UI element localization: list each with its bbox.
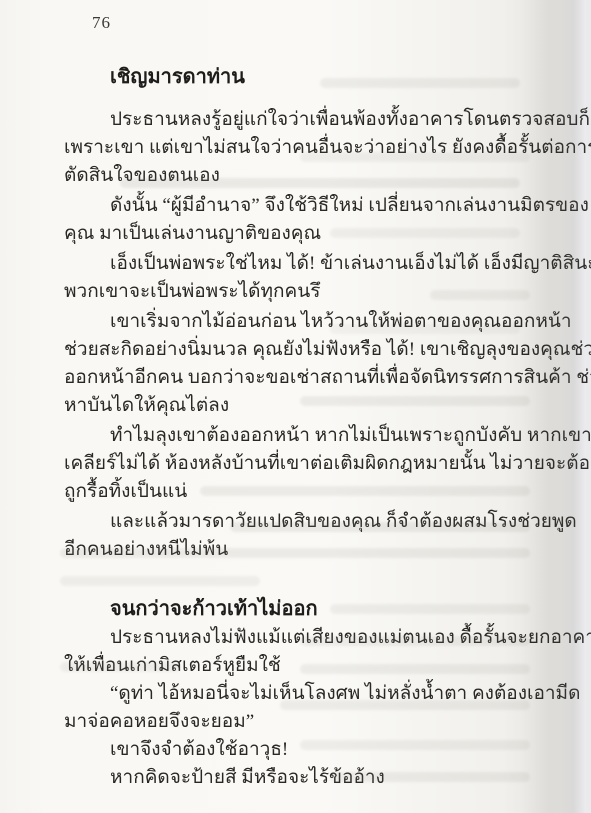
text-line: เขาจึงจำต้องใช้อาวุธ!	[64, 736, 536, 764]
text-line: ช่วยสะกิดอย่างนิ่มนวล คุณยังไม่ฟังหรือ ไ…	[64, 336, 536, 364]
text-line: เขาเริ่มจากไม้อ่อนก่อน ไหว้วานให้พ่อตาขอ…	[64, 308, 536, 336]
text-line: เคลียร์ไม่ได้ ห้องหลังบ้านที่เขาต่อเติมผ…	[64, 450, 536, 478]
paragraph: หากคิดจะป้ายสี มีหรือจะไร้ข้ออ้าง	[64, 764, 536, 792]
text-line: พวกเขาจะเป็นพ่อพระได้ทุกคนรึ	[64, 278, 536, 306]
text-line: ให้เพื่อนเก่ามิสเตอร์หูยืมใช้	[64, 652, 536, 680]
paragraph: ทำไมลุงเขาต้องออกหน้า หากไม่เป็นเพราะถูก…	[64, 422, 536, 506]
paragraph: เขาเริ่มจากไม้อ่อนก่อน ไหว้วานให้พ่อตาขอ…	[64, 308, 536, 420]
text-line: ทำไมลุงเขาต้องออกหน้า หากไม่เป็นเพราะถูก…	[64, 422, 536, 450]
page-number: 76	[92, 13, 111, 33]
text-line: ดังนั้น “ผู้มีอำนาจ” จึงใช้วิธีใหม่ เปลี…	[64, 192, 536, 220]
text-line: ประธานหลงไม่ฟังแม้แต่เสียงของแม่ตนเอง ดื…	[64, 624, 536, 652]
paragraph: “ดูท่า ไอ้หมอนี่จะไม่เห็นโลงศพ ไม่หลั่งน…	[64, 680, 536, 736]
text-line: ถูกรื้อทิ้งเป็นแน่	[64, 478, 536, 506]
paragraph: ดังนั้น “ผู้มีอำนาจ” จึงใช้วิธีใหม่ เปลี…	[64, 192, 536, 248]
text-line: หาบันไดให้คุณไต่ลง	[64, 392, 536, 420]
text-line: คุณ มาเป็นเล่นงานญาติของคุณ	[64, 220, 536, 248]
text-line: ตัดสินใจของตนเอง	[64, 162, 536, 190]
text-line: ออกหน้าอีกคน บอกว่าจะขอเช่าสถานที่เพื่อจ…	[64, 364, 536, 392]
section-heading: จนกว่าจะก้าวเท้าไม่ออก	[110, 594, 536, 624]
paragraph: ประธานหลงไม่ฟังแม้แต่เสียงของแม่ตนเอง ดื…	[64, 624, 536, 680]
text-line: หากคิดจะป้ายสี มีหรือจะไร้ข้ออ้าง	[64, 764, 536, 792]
paragraph: เอ็งเป็นพ่อพระใช่ไหม ได้! ข้าเล่นงานเอ็ง…	[64, 250, 536, 306]
scanned-book-page: { "page": { "number": "76" }, "colors": …	[0, 0, 591, 813]
text-line: อีกคนอย่างหนีไม่พ้น	[64, 536, 536, 564]
paragraph: เขาจึงจำต้องใช้อาวุธ!	[64, 736, 536, 764]
text-line: ประธานหลงรู้อยู่แก่ใจว่าเพื่อนพ้องทั้งอา…	[64, 106, 536, 134]
section-heading: เชิญมารดาท่าน	[110, 62, 536, 92]
text-column: เชิญมารดาท่าน ประธานหลงรู้อยู่แก่ใจว่าเพ…	[64, 62, 536, 792]
paragraph: และแล้วมารดาวัยแปดสิบของคุณ ก็จำต้องผสมโ…	[64, 508, 536, 564]
text-line: มาจ่อคอหอยจึงจะยอม”	[64, 708, 536, 736]
paragraph: ประธานหลงรู้อยู่แก่ใจว่าเพื่อนพ้องทั้งอา…	[64, 106, 536, 190]
text-line: เอ็งเป็นพ่อพระใช่ไหม ได้! ข้าเล่นงานเอ็ง…	[64, 250, 536, 278]
text-line: “ดูท่า ไอ้หมอนี่จะไม่เห็นโลงศพ ไม่หลั่งน…	[64, 680, 536, 708]
text-line: เพราะเขา แต่เขาไม่สนใจว่าคนอื่นจะว่าอย่า…	[64, 134, 536, 162]
text-line: และแล้วมารดาวัยแปดสิบของคุณ ก็จำต้องผสมโ…	[64, 508, 536, 536]
